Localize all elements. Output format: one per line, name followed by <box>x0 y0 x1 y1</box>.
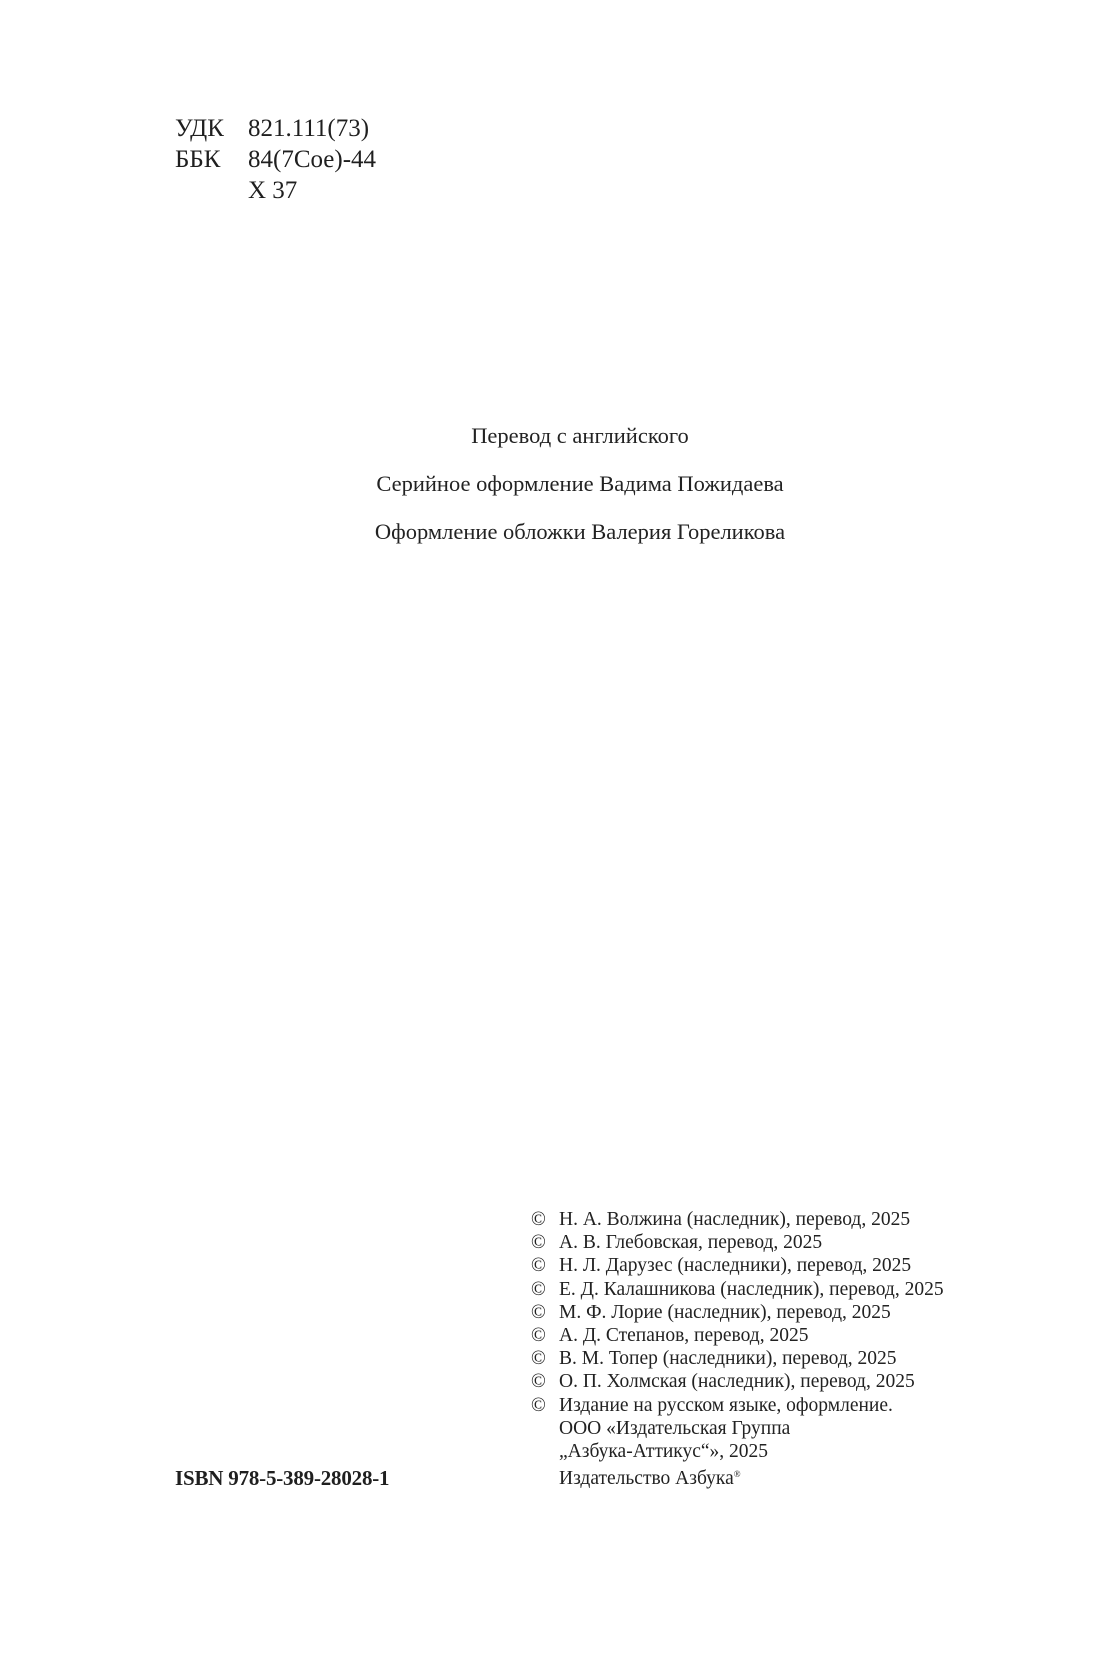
classification-block: УДК821.111(73) ББК84(7Сое)-44 Х 37 <box>175 113 376 206</box>
author-mark: Х 37 <box>175 175 376 206</box>
copyright-text: В. М. Топер (наследники), перевод, 2025 <box>559 1348 897 1369</box>
copyright-line: ©В. М. Топер (наследники), перевод, 2025 <box>531 1347 944 1370</box>
copyright-text: О. П. Холмская (наследник), перевод, 202… <box>559 1371 915 1392</box>
imprint-name: Издательство Азбука <box>559 1468 734 1489</box>
copyright-text: А. В. Глебовская, перевод, 2025 <box>559 1232 822 1253</box>
udk-row: УДК821.111(73) <box>175 113 376 144</box>
bbk-label: ББК <box>175 144 248 175</box>
series-design-credit: Серийное оформление Вадима Пожидаева <box>0 460 1100 508</box>
publisher-imprint: Издательство Азбука® <box>531 1463 944 1490</box>
translation-note: Перевод с английского <box>0 412 1100 460</box>
copyright-line: ©Е. Д. Калашникова (наследник), перевод,… <box>531 1278 944 1301</box>
copyright-text: М. Ф. Лорие (наследник), перевод, 2025 <box>559 1302 891 1323</box>
copyright-icon: © <box>531 1208 559 1231</box>
bbk-row: ББК84(7Сое)-44 <box>175 144 376 175</box>
copyright-text: Издание на русском языке, оформление. <box>559 1395 893 1416</box>
copyright-text: Н. Л. Дарузес (наследники), перевод, 202… <box>559 1255 911 1276</box>
credits-block: Перевод с английского Серийное оформлени… <box>0 412 1100 556</box>
copyright-icon: © <box>531 1347 559 1370</box>
copyright-text: А. Д. Степанов, перевод, 2025 <box>559 1325 808 1346</box>
copyright-line: ©О. П. Холмская (наследник), перевод, 20… <box>531 1370 944 1393</box>
copyright-icon: © <box>531 1278 559 1301</box>
isbn: ISBN 978-5-389-28028-1 <box>175 1466 389 1491</box>
copyright-icon: © <box>531 1231 559 1254</box>
copyright-icon: © <box>531 1254 559 1277</box>
copyright-line: ©А. В. Глебовская, перевод, 2025 <box>531 1231 944 1254</box>
copyright-line: ©Н. А. Волжина (наследник), перевод, 202… <box>531 1208 944 1231</box>
publisher-line: „Азбука-Аттикус“», 2025 <box>531 1440 944 1463</box>
udk-value: 821.111(73) <box>248 115 369 142</box>
copyright-block: ©Н. А. Волжина (наследник), перевод, 202… <box>531 1208 944 1490</box>
copyright-line: ©Н. Л. Дарузес (наследники), перевод, 20… <box>531 1254 944 1277</box>
publisher-line: ООО «Издательская Группа <box>531 1417 944 1440</box>
copyright-icon: © <box>531 1394 559 1417</box>
copyright-icon: © <box>531 1324 559 1347</box>
copyright-line: ©Издание на русском языке, оформление. <box>531 1394 944 1417</box>
bbk-value: 84(7Сое)-44 <box>248 146 376 173</box>
cover-design-credit: Оформление обложки Валерия Гореликова <box>0 508 1100 556</box>
copyright-icon: © <box>531 1301 559 1324</box>
registered-mark-icon: ® <box>734 1469 741 1479</box>
copyright-icon: © <box>531 1370 559 1393</box>
copyright-text: Н. А. Волжина (наследник), перевод, 2025 <box>559 1209 910 1230</box>
copyright-line: ©А. Д. Степанов, перевод, 2025 <box>531 1324 944 1347</box>
udk-label: УДК <box>175 113 248 144</box>
copyright-line: ©М. Ф. Лорие (наследник), перевод, 2025 <box>531 1301 944 1324</box>
copyright-text: Е. Д. Калашникова (наследник), перевод, … <box>559 1279 944 1300</box>
